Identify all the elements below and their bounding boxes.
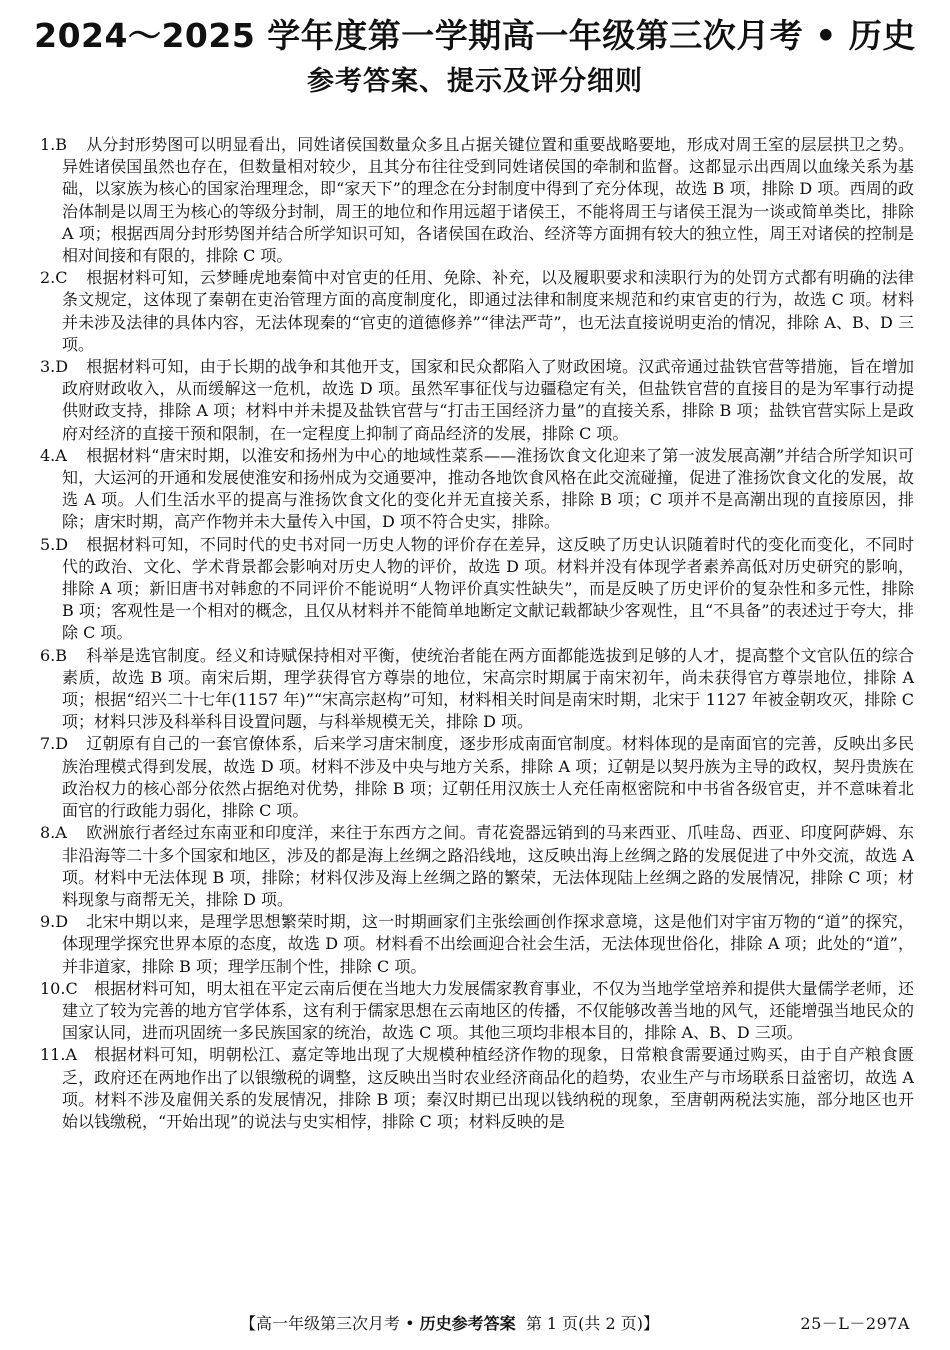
answer-item-8: 8.A 欧洲旅行者经过东南亚和印度洋，来往于东西方之间。青花瓷器远销到的马来西亚… bbox=[40, 822, 914, 911]
question-number: 6.B bbox=[40, 645, 67, 667]
question-number: 5.D bbox=[40, 534, 68, 556]
answer-list: 1.B 从分封形势图可以明显看出，同姓诸侯国数量众多且占据关键位置和重要战略要地… bbox=[40, 134, 914, 1133]
question-number: 2.C bbox=[40, 267, 68, 289]
answer-explanation: 辽朝原有自己的一套官僚体系，后来学习唐宋制度，逐步形成南面官制度。材料体现的是南… bbox=[62, 734, 914, 820]
answer-item-7: 7.D 辽朝原有自己的一套官僚体系，后来学习唐宋制度，逐步形成南面官制度。材料体… bbox=[40, 733, 914, 822]
question-number: 11.A bbox=[40, 1044, 77, 1066]
answer-explanation: 科举是选官制度。经义和诗赋保持相对平衡，使统治者能在两方面都能选拔到足够的人才，… bbox=[62, 646, 914, 732]
answer-explanation: 根据材料可知，明太祖在平定云南后便在当地大力发展儒家教育事业，不仅为当地学堂培养… bbox=[62, 979, 914, 1042]
answer-item-4: 4.A 根据材料“唐宋时期，以淮安和扬州为中心的地域性菜系——淮扬饮食文化迎来了… bbox=[40, 445, 914, 534]
question-number: 4.A bbox=[40, 445, 67, 467]
document-code: 25－L－297A bbox=[800, 1313, 910, 1335]
answer-explanation: 根据材料可知，云梦睡虎地秦简中对官吏的任用、免除、补充，以及履职要求和渎职行为的… bbox=[62, 268, 914, 354]
question-number: 7.D bbox=[40, 733, 68, 755]
answer-explanation: 根据材料可知，由于长期的战争和其他开支，国家和民众都陷入了财政困境。汉武帝通过盐… bbox=[62, 357, 914, 443]
answer-explanation: 欧洲旅行者经过东南亚和印度洋，来往于东西方之间。青花瓷器远销到的马来西亚、爪哇岛… bbox=[62, 823, 914, 909]
question-number: 10.C bbox=[40, 978, 78, 1000]
answer-item-11: 11.A 根据材料可知，明朝松江、嘉定等地出现了大规模种植经济作物的现象，日常粮… bbox=[40, 1044, 914, 1133]
question-number: 1.B bbox=[40, 134, 67, 156]
question-number: 3.D bbox=[40, 356, 68, 378]
document-subtitle: 参考答案、提示及评分细则 bbox=[0, 62, 950, 102]
question-number: 8.A bbox=[40, 822, 67, 844]
answer-explanation: 北宋中期以来，是理学思想繁荣时期，这一时期画家们主张绘画创作探求意境，这是他们对… bbox=[62, 912, 914, 975]
footer-page-info: 【高一年级第三次月考 • 历史参考答案 第 1 页(共 2 页)】 bbox=[240, 1313, 659, 1335]
answer-item-5: 5.D 根据材料可知，不同时代的史书对同一历史人物的评价存在差异，这反映了历史认… bbox=[40, 534, 914, 645]
answer-explanation: 根据材料可知，不同时代的史书对同一历史人物的评价存在差异，这反映了历史认识随着时… bbox=[62, 535, 914, 643]
answer-item-6: 6.B 科举是选官制度。经义和诗赋保持相对平衡，使统治者能在两方面都能选拔到足够… bbox=[40, 645, 914, 734]
answer-explanation: 根据材料可知，明朝松江、嘉定等地出现了大规模种植经济作物的现象，日常粮食需要通过… bbox=[62, 1045, 914, 1131]
answer-explanation: 根据材料“唐宋时期，以淮安和扬州为中心的地域性菜系——淮扬饮食文化迎来了第一波发… bbox=[62, 446, 914, 532]
document-title: 2024～2025 学年度第一学期高一年级第三次月考 • 历史 bbox=[0, 14, 950, 58]
answer-explanation: 从分封形势图可以明显看出，同姓诸侯国数量众多且占据关键位置和重要战略要地，形成对… bbox=[62, 135, 914, 265]
answer-item-2: 2.C 根据材料可知，云梦睡虎地秦简中对官吏的任用、免除、补充，以及履职要求和渎… bbox=[40, 267, 914, 356]
answer-item-10: 10.C 根据材料可知，明太祖在平定云南后便在当地大力发展儒家教育事业，不仅为当… bbox=[40, 978, 914, 1045]
answer-item-9: 9.D 北宋中期以来，是理学思想繁荣时期，这一时期画家们主张绘画创作探求意境，这… bbox=[40, 911, 914, 978]
answer-item-1: 1.B 从分封形势图可以明显看出，同姓诸侯国数量众多且占据关键位置和重要战略要地… bbox=[40, 134, 914, 267]
answer-item-3: 3.D 根据材料可知，由于长期的战争和其他开支，国家和民众都陷入了财政困境。汉武… bbox=[40, 356, 914, 445]
question-number: 9.D bbox=[40, 911, 68, 933]
